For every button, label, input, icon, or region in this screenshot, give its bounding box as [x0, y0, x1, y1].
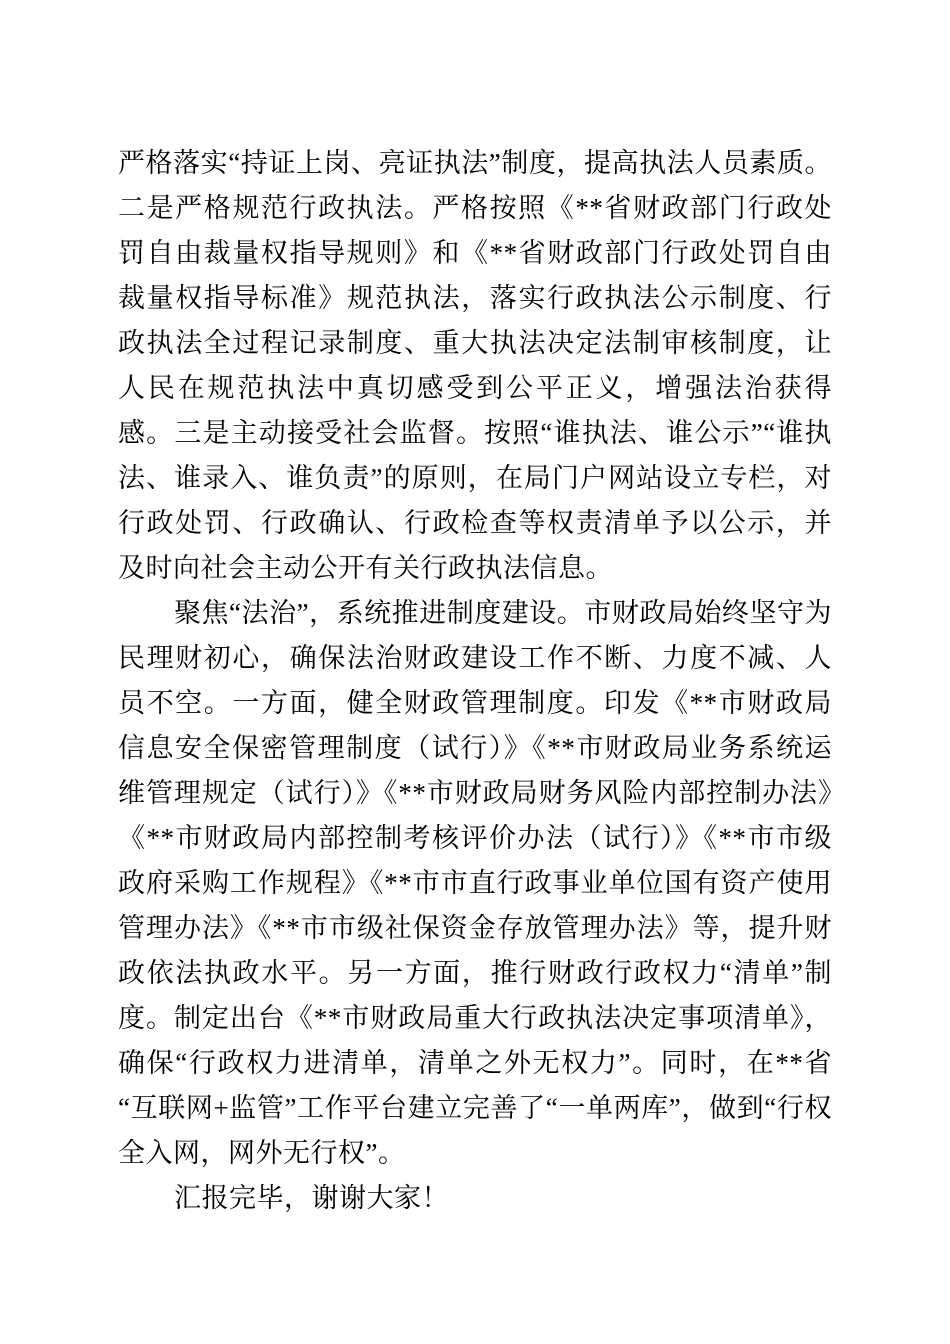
document-body: 严格落实“持证上岗、亮证执法”制度，提高执法人员素质。二是严格规范行政执法。严格…	[118, 141, 832, 1221]
document-page: 严格落实“持证上岗、亮证执法”制度，提高执法人员素质。二是严格规范行政执法。严格…	[0, 0, 950, 1344]
closing-paragraph: 汇报完毕，谢谢大家！	[118, 1176, 832, 1221]
body-paragraph-institution-building: 聚焦“法治”，系统推进制度建设。市财政局始终坚守为民理财初心，确保法治财政建设工…	[118, 591, 832, 1176]
body-paragraph-continuation: 严格落实“持证上岗、亮证执法”制度，提高执法人员素质。二是严格规范行政执法。严格…	[118, 141, 832, 591]
